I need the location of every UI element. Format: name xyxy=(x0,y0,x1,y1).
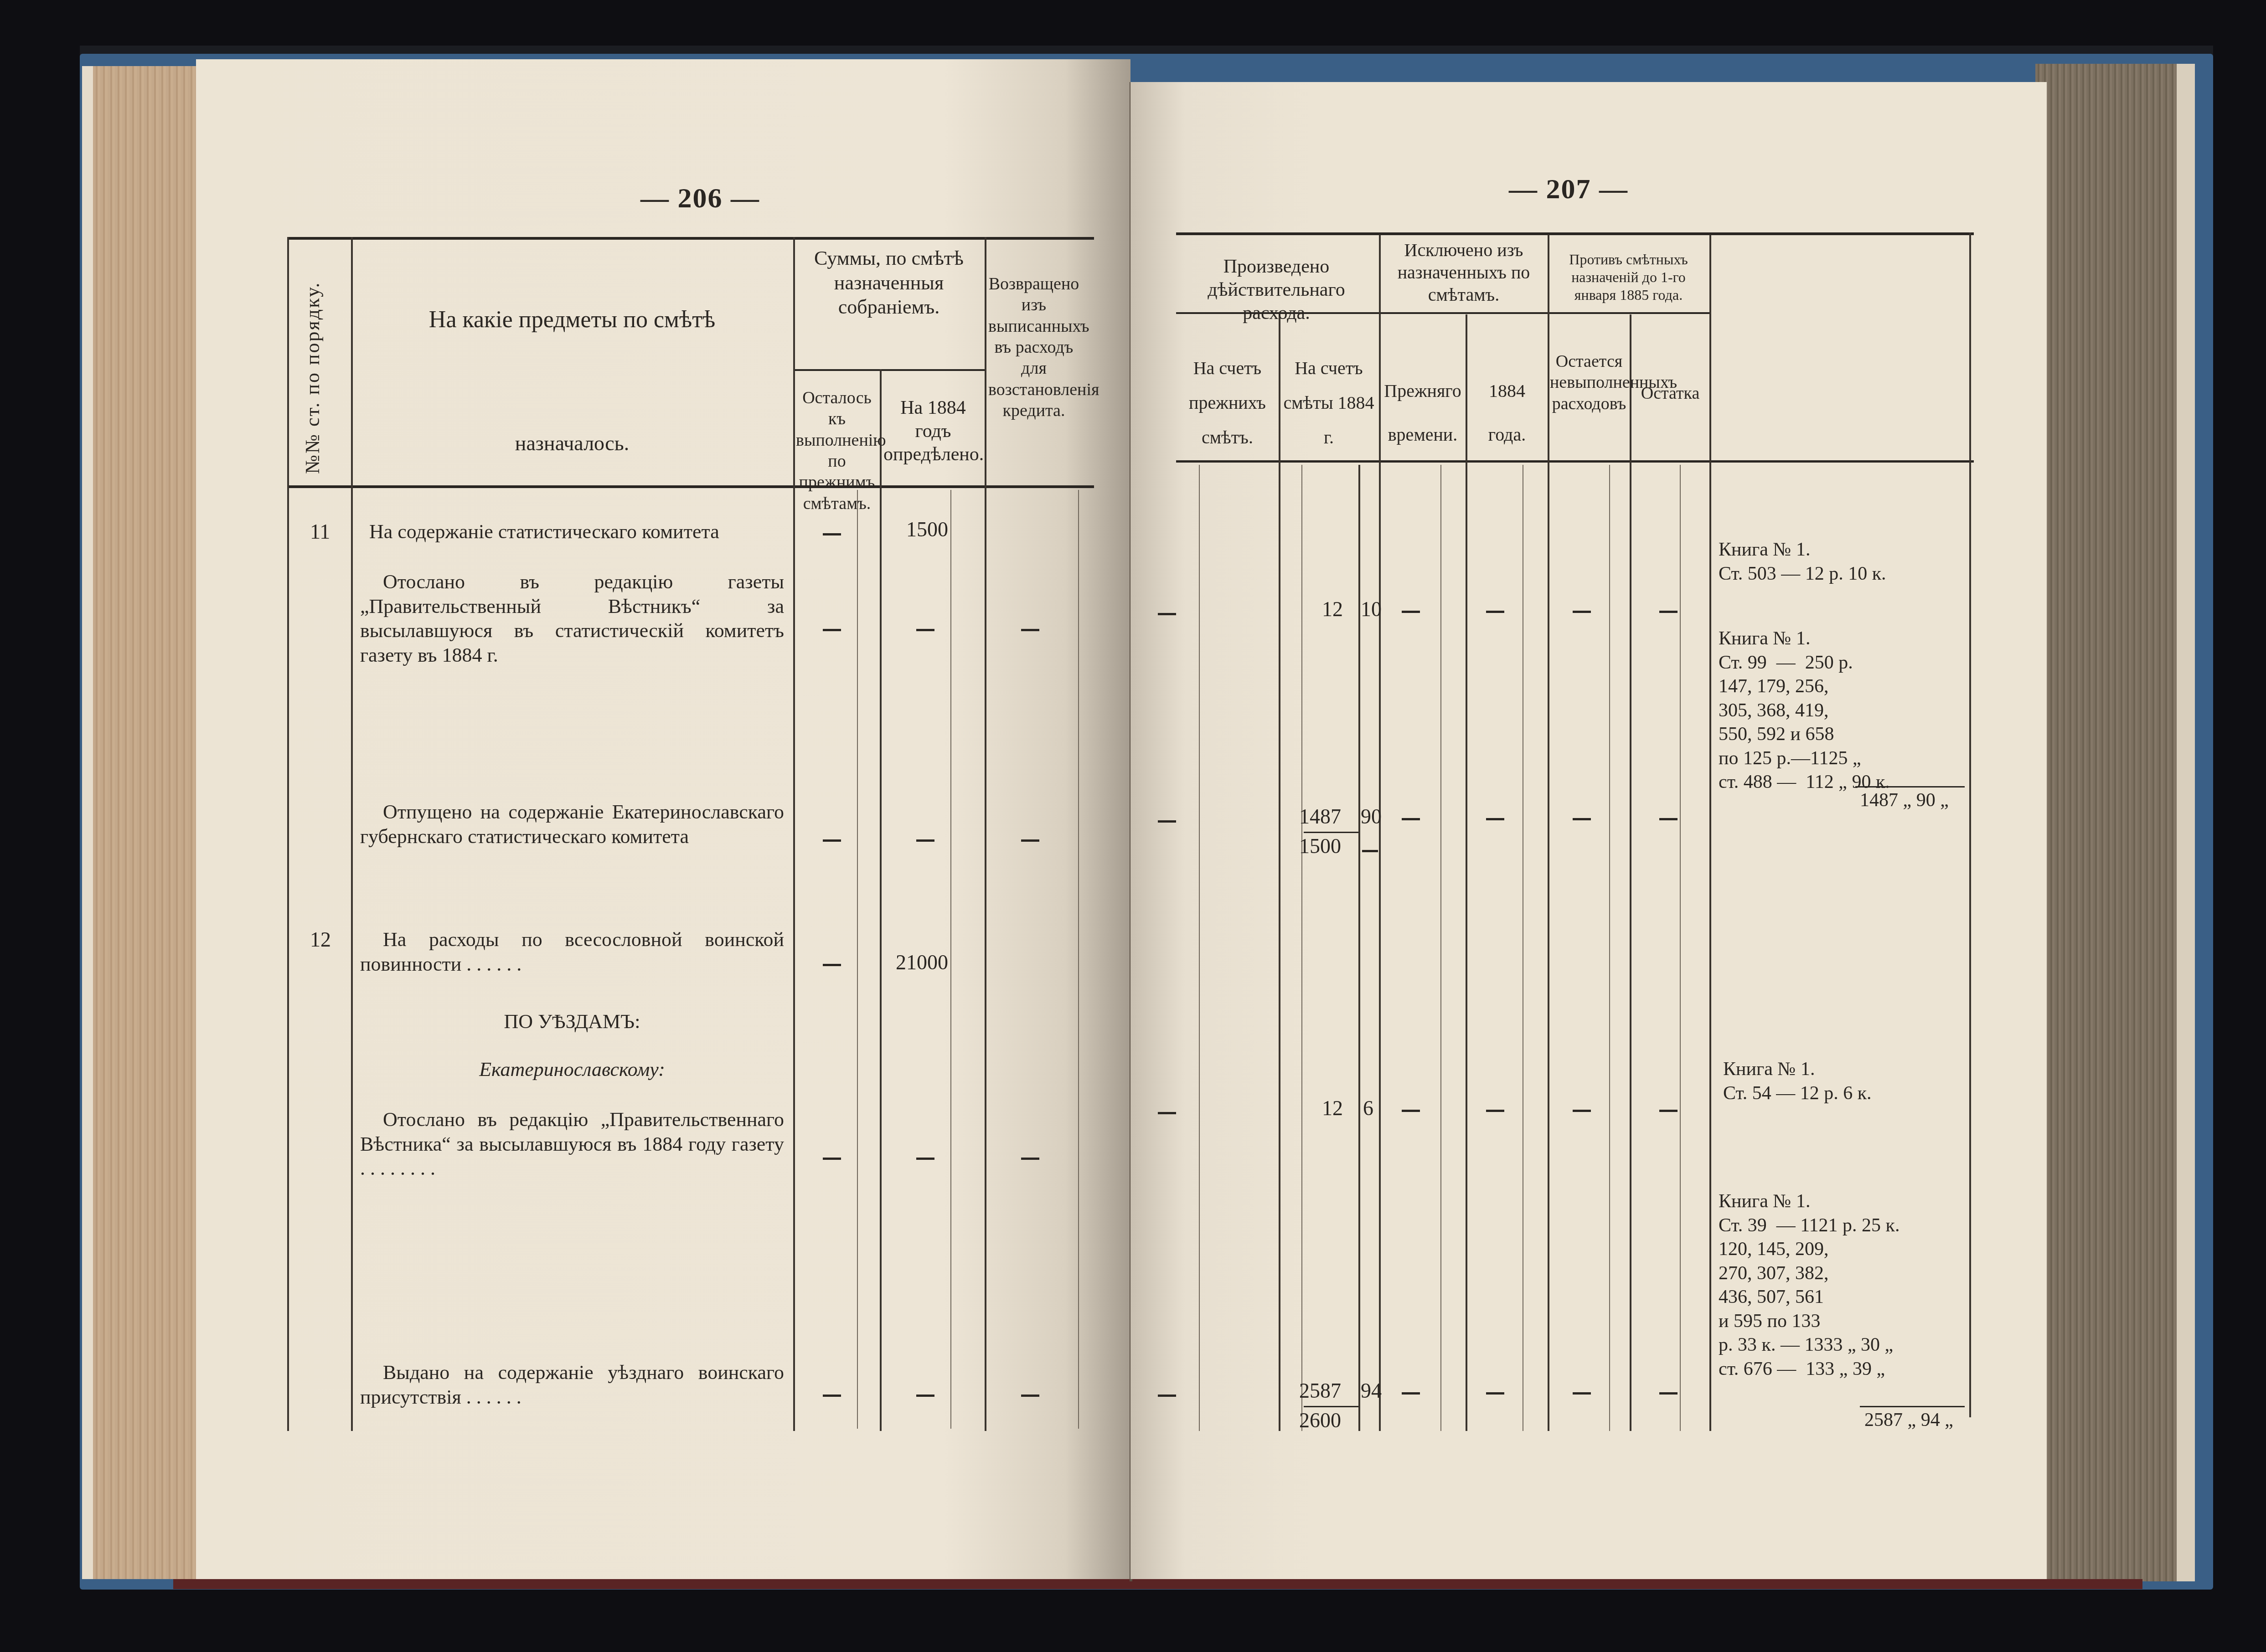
dash xyxy=(1659,611,1678,613)
col-divider xyxy=(1379,235,1381,1431)
col-divider xyxy=(1279,314,1280,1431)
dash xyxy=(1402,1110,1420,1112)
dash xyxy=(1659,818,1678,820)
header-group-excluded: Исключено изъ назначенныхъ по смѣтамъ. xyxy=(1381,239,1546,306)
col-divider xyxy=(1630,314,1631,1431)
header-col-1884-estimate: На счетъ смѣты 1884 г. xyxy=(1281,351,1377,455)
col-subdivider xyxy=(1440,465,1441,1431)
kopecks: 90 xyxy=(1361,804,1382,829)
sum-rule xyxy=(1855,786,1965,787)
col-subdivider xyxy=(1301,465,1302,1431)
dash xyxy=(1573,611,1591,613)
sum-rule xyxy=(1860,1406,1965,1407)
sum-rule xyxy=(1304,1406,1358,1407)
kopecks: 10 xyxy=(1361,597,1382,621)
dash xyxy=(1158,820,1176,823)
dash xyxy=(1362,850,1378,852)
dash xyxy=(1021,1395,1039,1397)
kopecks: 94 xyxy=(1361,1379,1382,1403)
dash xyxy=(1402,818,1420,820)
col-divider xyxy=(880,369,882,1431)
page-number-right: — 207 — xyxy=(1509,173,1628,206)
col-divider xyxy=(985,237,986,1431)
table-right-border xyxy=(1969,232,1971,1417)
col-divider xyxy=(1709,235,1711,1431)
ledger-note-total: 1487 „ 90 „ xyxy=(1860,788,1949,813)
col-divider xyxy=(793,237,795,1431)
rubles: 1487 xyxy=(1299,804,1341,829)
table-top-rule xyxy=(287,237,1094,240)
subsection-heading: Екатеринославскому: xyxy=(360,1057,784,1082)
ledger-reference-note: Книга № 1. Ст. 39 — 1121 р. 25 к. 120, 1… xyxy=(1719,1189,1900,1381)
dash xyxy=(1486,611,1504,613)
col-subdivider xyxy=(1078,490,1079,1429)
dash xyxy=(823,964,841,966)
header-col-returned: Возвращено изъ выписанныхъ въ расходъ дл… xyxy=(988,273,1079,422)
rubles: 12 xyxy=(1322,597,1343,621)
header-sums-group: Суммы, по смѣтѣ назначенныя собраніемъ. xyxy=(798,246,980,319)
total-rubles: 2600 xyxy=(1299,1408,1341,1432)
row-number: 11 xyxy=(310,520,330,544)
col-divider xyxy=(1466,314,1467,1431)
header-col-balance: Остатка xyxy=(1632,383,1709,404)
header-bottom-rule xyxy=(287,485,1094,488)
right-page-edges xyxy=(2035,64,2195,1581)
ledger-reference-note: Книга № 1. Ст. 54 — 12 р. 6 к. xyxy=(1723,1057,1872,1105)
dash xyxy=(1021,1158,1039,1160)
dash xyxy=(1402,1392,1420,1395)
page-number-left: — 206 — xyxy=(640,182,760,215)
header-col-number: №№ ст. по порядку. xyxy=(301,282,324,474)
dash xyxy=(916,1158,934,1160)
header-group-against: Противъ смѣтныхъ назначеній до 1-го янва… xyxy=(1550,251,1707,304)
amount-1884: 1500 xyxy=(906,517,948,541)
ledger-reference-note: Книга № 1. Ст. 503 — 12 р. 10 к. xyxy=(1719,538,1886,586)
dash xyxy=(1158,613,1176,615)
dash xyxy=(1573,1110,1591,1112)
col-subdivider xyxy=(1680,465,1681,1431)
col-subdivider xyxy=(1523,465,1523,1431)
dash xyxy=(1573,1392,1591,1395)
rubles: 12 xyxy=(1322,1096,1343,1120)
col-subdivider xyxy=(1199,465,1200,1431)
table-left-border xyxy=(287,237,289,1431)
dash xyxy=(1573,818,1591,820)
row-text: На содержаніе статистическаго комитета xyxy=(369,520,784,544)
rubles: 2587 xyxy=(1299,1379,1341,1403)
header-col-unfulfilled: Остается невыполненныхъ расходовъ xyxy=(1550,351,1628,414)
left-page: — 206 — №№ ст. по порядку. На какіе пред… xyxy=(196,59,1130,1579)
row-text: Отпущено на содержаніе Екатеринославскаг… xyxy=(360,800,784,849)
dash xyxy=(823,1158,841,1160)
dash xyxy=(823,629,841,631)
row-text: На расходы по всесословной воинской пови… xyxy=(360,927,784,976)
dash xyxy=(1158,1395,1176,1397)
header-col-remaining: Осталось къ выполненію по прежнимъ смѣта… xyxy=(796,387,878,514)
dash xyxy=(1402,611,1420,613)
col-subdivider xyxy=(857,490,858,1429)
dash xyxy=(823,839,841,842)
dash xyxy=(823,533,841,535)
dash xyxy=(1021,629,1039,631)
header-bottom-rule xyxy=(1176,460,1974,463)
dash xyxy=(1659,1110,1678,1112)
sum-rule xyxy=(1304,832,1358,833)
header-col-prev-estimates: На счетъ прежнихъ смѣтъ. xyxy=(1176,351,1279,455)
col-divider xyxy=(351,237,353,1431)
ledger-note-total: 2587 „ 94 „ xyxy=(1864,1408,1953,1432)
table-top-rule xyxy=(1176,232,1974,235)
col-divider xyxy=(1548,235,1549,1431)
dash xyxy=(916,629,934,631)
dash xyxy=(1486,1392,1504,1395)
dash xyxy=(1486,1110,1504,1112)
dash xyxy=(1659,1392,1678,1395)
amount-1884: 21000 xyxy=(896,950,948,974)
section-heading: ПО УѢЗДАМЪ: xyxy=(360,1009,784,1034)
dash xyxy=(916,839,934,842)
dash xyxy=(1158,1112,1176,1114)
dash xyxy=(823,1395,841,1397)
row-text: Выдано на содержаніе уѣзднаго воинскаго … xyxy=(360,1360,784,1409)
sums-group-rule xyxy=(793,369,985,371)
header-group-actual: Произведено дѣйствительнаго расхода. xyxy=(1176,255,1377,325)
dash xyxy=(916,1395,934,1397)
book-spine-bottom xyxy=(173,1579,2142,1589)
col-subdivider xyxy=(950,490,951,1429)
kopecks: 6 xyxy=(1363,1096,1373,1120)
row-text: Отослано въ редакцію „Правительственнаго… xyxy=(360,1107,784,1181)
ledger-reference-note: Книга № 1. Ст. 99 — 250 р. 147, 179, 256… xyxy=(1719,627,1890,794)
row-number: 12 xyxy=(310,927,331,952)
header-col-subject-line2: назначалось. xyxy=(360,431,784,456)
right-page: — 207 — Произведено дѣйствительнаго расх… xyxy=(1130,82,2047,1579)
row-text: Отослано въ редакцію газеты „Правительст… xyxy=(360,570,784,668)
header-col-prev-time: Прежняго времени. xyxy=(1381,369,1464,457)
dash xyxy=(1021,839,1039,842)
col-subdivider xyxy=(1609,465,1610,1431)
dash xyxy=(1486,818,1504,820)
header-col-1884: На 1884 годъ опредѣлено. xyxy=(883,396,983,467)
left-page-edges xyxy=(82,66,212,1579)
header-col-subject-line1: На какіе предметы по смѣтѣ xyxy=(360,305,784,334)
header-col-1884-year: 1884 года. xyxy=(1468,369,1546,457)
total-rubles: 1500 xyxy=(1299,834,1341,858)
col-divider xyxy=(1358,465,1360,1431)
